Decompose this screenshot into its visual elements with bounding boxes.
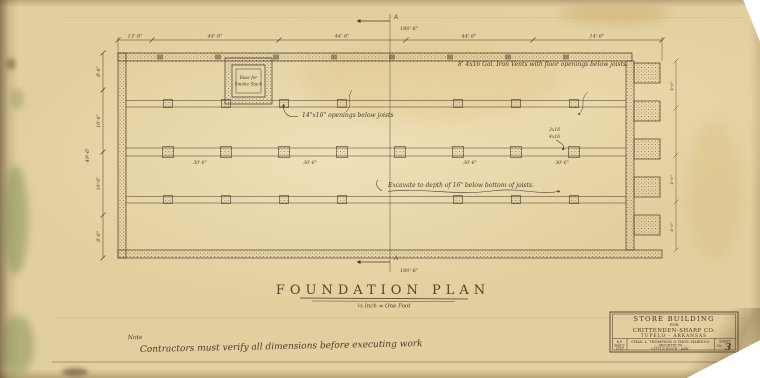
dim-left-1: 8'-6" (96, 66, 102, 77)
center-span-dims: 30'-6" 30'-6" 30'-6" 30'-6" (193, 160, 568, 166)
pier-detail-inset: Base for Smoke Stack (225, 58, 272, 104)
dim-top-4: 44'-6" (461, 34, 477, 40)
dim-span-2: 30'-6" (303, 160, 316, 166)
dim-span-1: 30'-6" (193, 160, 206, 166)
overall-dim-top: 180'-6" (400, 26, 418, 32)
dim-top-5: 14'-6" (590, 34, 605, 40)
footnote-label: Note (127, 334, 143, 341)
footnote-text: Contractors must verify all dimensions b… (140, 339, 423, 355)
opening-note: 14"x16" openings below joists (302, 112, 394, 119)
dim-right-2: 4'-6" (669, 175, 674, 186)
joist-note-lower: 4x16 (548, 134, 560, 140)
right-wall-pier (634, 101, 660, 121)
foundation-plan-drawing: Base for Smoke Stack A 180'-6" A 180'-6" (0, 0, 760, 378)
dim-left-overall: 49'-6" (85, 148, 91, 164)
left-dimension-line: 8'-6" 19'-6" 19'-6" 8'-6" 49'-6" (85, 51, 106, 261)
top-wall (118, 53, 632, 61)
left-wall (118, 53, 126, 258)
overall-dim-bottom: 180'-6" (400, 268, 418, 274)
title-block-sheet-number: 3 (725, 342, 732, 353)
right-wall-pier (634, 215, 660, 235)
vent-note: 8' 4x16 Gal. Iron Vents with floor openi… (458, 61, 628, 68)
dim-top-3: 44'-6" (334, 34, 350, 40)
sheet-title: FOUNDATION PLAN (276, 283, 490, 298)
dim-left-3: 19'-6" (96, 177, 102, 190)
dim-left-4: 8'-6" (96, 231, 102, 242)
right-wall-pier (634, 63, 660, 83)
dim-span-3: 30'-6" (463, 160, 476, 166)
dim-span-4: 30'-6" (555, 160, 568, 166)
dim-right-1: 4'-6" (669, 81, 674, 92)
title-block-for: FOR (670, 322, 679, 327)
title-block-architects-city: LITTLE ROCK - ARK. (651, 347, 690, 351)
right-wall-spine (626, 61, 634, 250)
title-block-date-year: 1918 (615, 347, 623, 351)
sheet-title-group: FOUNDATION PLAN ⅛ Inch = One Foot (276, 283, 490, 310)
drawing-sheet: Base for Smoke Stack A 180'-6" A 180'-6" (0, 0, 760, 378)
right-wall-pier (634, 139, 660, 159)
scanned-blueprint: Base for Smoke Stack A 180'-6" A 180'-6" (0, 0, 760, 378)
dim-left-2: 19'-6" (96, 114, 102, 127)
title-block-sheet-no-label: No (717, 344, 722, 348)
excavate-note: Excavate to depth of 16" below bottom of… (387, 182, 534, 189)
joist-note-upper: 3x16 (549, 127, 560, 133)
dim-top-2: 44'-6" (207, 34, 223, 40)
right-dimension-line: 4'-6" 4'-6" 4'-6" (669, 59, 679, 253)
right-wall-pier (634, 177, 660, 197)
footnote-group: Note Contractors must verify all dimensi… (127, 328, 423, 355)
dim-right-3: 4'-6" (669, 222, 674, 233)
scale-note: ⅛ Inch = One Foot (358, 304, 412, 310)
pier-detail-label: Base for (239, 75, 259, 80)
section-marker-top: A (393, 15, 398, 21)
plan-notes: 8' 4x16 Gal. Iron Vents with floor openi… (284, 61, 628, 193)
pier-detail-label: Smoke Stack (235, 82, 263, 87)
section-marker-bottom: A (393, 256, 398, 262)
dim-top-1: 13'-6" (128, 34, 143, 40)
